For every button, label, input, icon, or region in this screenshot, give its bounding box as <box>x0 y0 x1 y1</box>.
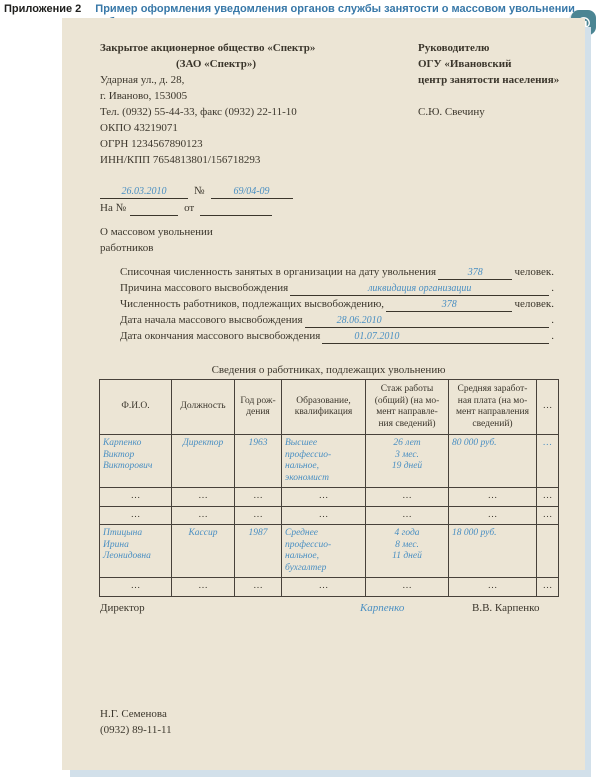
sender-address-2: г. Иваново, 153005 <box>100 88 332 104</box>
sender-address-1: Ударная ул., д. 28, <box>100 72 332 88</box>
subject-line-1: О массовом увольнении <box>100 224 300 240</box>
field-reason: Причина массового высвобождения ликвидац… <box>120 280 554 296</box>
recipient-block: Руководителю ОГУ «Ивановский центр занят… <box>418 40 578 120</box>
cell-salary: 80 000 руб. <box>449 435 537 488</box>
cell-fio: … <box>100 488 172 507</box>
recipient-line-1: Руководителю <box>418 40 578 56</box>
cell-birth-year: 1987 <box>235 525 282 578</box>
screen: Приложение 2 Пример оформления уведомлен… <box>0 0 600 784</box>
sender-ogrn: ОГРН 1234567890123 <box>100 136 332 152</box>
field-label: Дата начала массового высвобождения <box>120 312 303 328</box>
contact-name: Н.Г. Семенова <box>100 706 172 722</box>
col-header-birth-year: Год рож- дения <box>235 380 282 435</box>
cell-position: Кассир <box>172 525 235 578</box>
cell-salary: … <box>449 506 537 525</box>
sender-company-name: Закрытое акционерное общество «Спектр» <box>100 40 332 56</box>
field-suffix: . <box>551 328 554 344</box>
cell-salary: … <box>449 578 537 597</box>
reply-ot-label: от <box>184 200 194 216</box>
recipient-person: С.Ю. Свечину <box>418 104 578 120</box>
cell-experience: 26 лет 3 мес. 19 дней <box>366 435 449 488</box>
appendix-label: Приложение 2 <box>4 3 81 16</box>
table-title: Сведения о работниках, подлежащих увольн… <box>99 362 558 378</box>
document-sheet: Закрытое акционерное общество «Спектр» (… <box>62 18 585 770</box>
doc-date-field: 26.03.2010 <box>100 185 188 199</box>
sender-inn-kpp: ИНН/КПП 7654813801/156718293 <box>100 152 332 168</box>
cell-more: … <box>537 435 559 488</box>
fields-block: Списочная численность занятых в организа… <box>120 264 554 344</box>
cell-birth-year: … <box>235 488 282 507</box>
field-start-date: Дата начала массового высвобождения 28.0… <box>120 312 554 328</box>
signature-name: В.В. Карпенко <box>472 600 539 616</box>
col-header-experience: Стаж работы (общий) (на мо- мент направл… <box>366 380 449 435</box>
table-row: Птицына Ирина Леонидовна Кассир 1987 Сре… <box>100 525 559 578</box>
table-row: … … … … … … … <box>100 578 559 597</box>
doc-number-field: 69/04-09 <box>211 185 293 199</box>
field-label: Численность работников, подлежащих высво… <box>120 296 384 312</box>
cell-fio: Карпенко Виктор Викторович <box>100 435 172 488</box>
cell-birth-year: … <box>235 506 282 525</box>
cell-more: … <box>537 578 559 597</box>
sender-phone: Тел. (0932) 55-44-33, факс (0932) 22-11-… <box>100 104 332 120</box>
cell-experience: … <box>366 578 449 597</box>
signature-position: Директор <box>100 600 145 616</box>
col-header-salary: Средняя заработ- ная плата (на мо- мент … <box>449 380 537 435</box>
ref-row-date: 26.03.2010 № 69/04-09 <box>100 182 320 199</box>
reply-number-field <box>130 215 178 216</box>
table-row: Карпенко Виктор Викторович Директор 1963… <box>100 435 559 488</box>
reply-date-field <box>200 215 272 216</box>
reference-block: 26.03.2010 № 69/04-09 На № от <box>100 182 320 216</box>
cell-position: Директор <box>172 435 235 488</box>
cell-more <box>537 525 559 578</box>
recipient-line-2: ОГУ «Ивановский <box>418 56 578 72</box>
field-value: ликвидация организации <box>290 282 549 296</box>
field-suffix: . <box>551 312 554 328</box>
cell-salary: 18 000 руб. <box>449 525 537 578</box>
contact-phone: (0932) 89-11-11 <box>100 722 172 738</box>
sender-block: Закрытое акционерное общество «Спектр» (… <box>100 40 332 168</box>
sender-okpo: ОКПО 43219071 <box>100 120 332 136</box>
cell-experience: … <box>366 506 449 525</box>
cell-salary: … <box>449 488 537 507</box>
cell-birth-year: … <box>235 578 282 597</box>
cell-birth-year: 1963 <box>235 435 282 488</box>
field-dismiss-count: Численность работников, подлежащих высво… <box>120 296 554 312</box>
cell-education: … <box>282 506 366 525</box>
ref-row-reply: На № от <box>100 199 320 216</box>
cell-experience: 4 года 8 мес. 11 дней <box>366 525 449 578</box>
field-value: 378 <box>438 266 512 280</box>
cell-more: … <box>537 488 559 507</box>
sender-company-short: (ЗАО «Спектр») <box>100 56 332 72</box>
field-suffix: . <box>551 280 554 296</box>
field-label: Дата окончания массового высвобождения <box>120 328 320 344</box>
recipient-line-3: центр занятости населения» <box>418 72 578 88</box>
col-header-position: Должность <box>172 380 235 435</box>
field-value: 01.07.2010 <box>322 330 549 344</box>
cell-experience: … <box>366 488 449 507</box>
field-headcount: Списочная численность занятых в организа… <box>120 264 554 280</box>
signature-autograph: Карпенко <box>360 600 404 616</box>
reply-na-label: На № <box>100 200 126 216</box>
cell-more: … <box>537 506 559 525</box>
cell-education: … <box>282 578 366 597</box>
cell-position: … <box>172 488 235 507</box>
cell-position: … <box>172 506 235 525</box>
cell-education: Среднее профессио- нальное, бухгалтер <box>282 525 366 578</box>
field-suffix: человек. <box>514 296 554 312</box>
table-header-row: Ф.И.О. Должность Год рож- дения Образова… <box>100 380 559 435</box>
cell-position: … <box>172 578 235 597</box>
field-end-date: Дата окончания массового высвобождения 0… <box>120 328 554 344</box>
cell-fio: Птицына Ирина Леонидовна <box>100 525 172 578</box>
field-label: Причина массового высвобождения <box>120 280 288 296</box>
cell-fio: … <box>100 578 172 597</box>
subject-line-2: работников <box>100 240 300 256</box>
col-header-fio: Ф.И.О. <box>100 380 172 435</box>
cell-education: … <box>282 488 366 507</box>
subject-block: О массовом увольнении работников <box>100 224 300 256</box>
cell-fio: … <box>100 506 172 525</box>
table-row: … … … … … … … <box>100 506 559 525</box>
number-sign: № <box>194 183 205 199</box>
contact-block: Н.Г. Семенова (0932) 89-11-11 <box>100 706 172 738</box>
field-value: 378 <box>386 298 512 312</box>
field-value: 28.06.2010 <box>305 314 550 328</box>
table-row: … … … … … … … <box>100 488 559 507</box>
col-header-more: … <box>537 380 559 435</box>
employees-table: Ф.И.О. Должность Год рож- дения Образова… <box>99 379 559 597</box>
col-header-education: Образование, квалификация <box>282 380 366 435</box>
field-label: Списочная численность занятых в организа… <box>120 264 436 280</box>
cell-education: Высшее профессио- нальное, экономист <box>282 435 366 488</box>
field-suffix: человек. <box>514 264 554 280</box>
